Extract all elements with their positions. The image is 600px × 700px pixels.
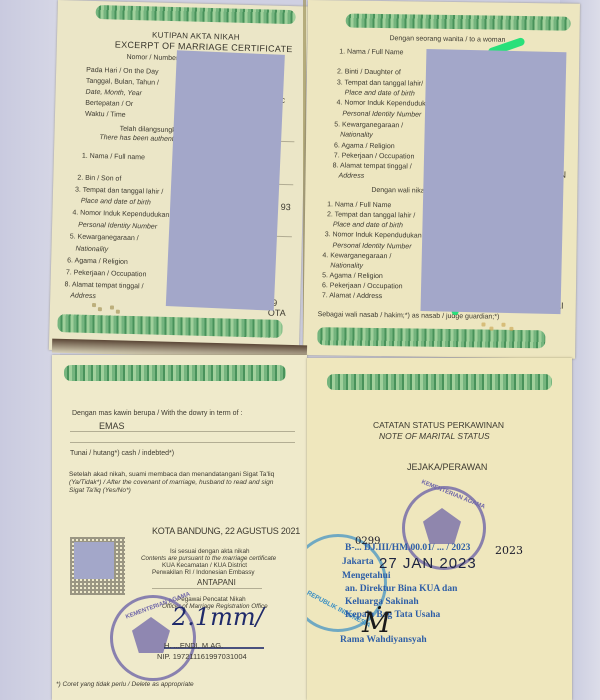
bride-intro: Dengan seorang wanita / to a woman (389, 35, 505, 44)
guilloche-border-top (64, 365, 286, 381)
signer-name: Rama Wahdiyansyah (340, 635, 427, 645)
bride-field-5: Personal Identity Number (342, 110, 421, 118)
perforation-dot (98, 307, 102, 311)
marital-status-value: JEJAKA/PERAWAN (407, 462, 487, 472)
guardian-field-6: Nationality (330, 262, 363, 269)
date-field-0: Pada Hari / On the Day (86, 67, 159, 76)
groom-field-9: 7. Pekerjaan / Occupation (66, 269, 147, 278)
perforation-dot (116, 310, 120, 314)
date-field-4: Waktu / Time (85, 111, 126, 119)
number-label: Nomor / Number (126, 54, 178, 62)
perforation-dot (481, 322, 485, 326)
legalization-line-1: an. Direktur Bina KUA dan (345, 584, 457, 594)
status-title-id: CATATAN STATUS PERKAWINAN (373, 420, 504, 430)
guardian-field-7: 5. Agama / Religion (322, 272, 383, 280)
dowry-value: EMAS (99, 421, 125, 431)
groom-field-10: 8. Alamat tempat tinggal / (64, 281, 143, 290)
status-title-en: NOTE OF MARITAL STATUS (379, 431, 490, 441)
groom-field-8: 6. Agama / Religion (67, 257, 128, 266)
bride-field-8: 6. Agama / Religion (334, 142, 395, 150)
reg-number-handwritten: 0299 (355, 536, 380, 547)
legalization-line-3: Kepala Bag Tata Usaha (345, 610, 440, 620)
guardian-type: Sebagai wali nasab / hakim;*) as nasab /… (318, 311, 500, 321)
groom-field-4: 4. Nomor Induk Kependudukan / (72, 209, 173, 219)
footnote: *) Coret yang tidak perlu / Delete as ap… (56, 681, 194, 688)
guilloche-border-bottom (57, 314, 282, 338)
payment-label: Tunai / hutang*) cash / indebted*) (70, 450, 174, 457)
perforation-dot (509, 327, 513, 331)
bride-field-2: 3. Tempat dan tanggal lahir/ (337, 79, 423, 87)
perforation-dot (501, 323, 505, 327)
district: ANTAPANI (197, 578, 236, 587)
groom-field-0: 1. Nama / Full name (82, 153, 145, 162)
guardian-field-3: 3. Nomor Induk Kependudukan / (325, 231, 426, 239)
bride-field-1: 2. Binti / Daughter of (337, 68, 401, 76)
date-field-2: Date, Month, Year (86, 89, 142, 97)
date-stamp: 27 JAN 2023 (379, 555, 477, 572)
dowry-label: Dengan mas kawin berupa / With the dowry… (72, 410, 242, 417)
conformity-3: KUA Kecamatan / KUA District (162, 562, 247, 569)
guardian-field-5: 4. Kewarganegaraan / (322, 252, 391, 260)
bride-field-10: 8. Alamat tempat tinggal / (333, 162, 412, 170)
redacted-groom-data (166, 50, 285, 310)
groom-field-5: Personal Identity Number (78, 222, 157, 231)
bride-field-11: Address (338, 172, 364, 179)
guilloche-border-top (96, 5, 296, 24)
bride-field-3: Place and date of birth (345, 90, 415, 98)
edge-fragment-2: 93 (281, 202, 291, 212)
fill-line (70, 442, 295, 443)
place-date: KOTA BANDUNG, 22 AGUSTUS 2021 (152, 526, 300, 536)
redacted-qr-center (74, 542, 114, 579)
fill-line (152, 588, 262, 589)
reg-year-handwritten: 2023 (495, 544, 523, 557)
redacted-bride-data (421, 49, 567, 314)
groom-field-3: Place and date of birth (81, 198, 151, 207)
guardian-field-0: 1. Nama / Full Name (327, 201, 391, 209)
bride-field-0: 1. Nama / Full Name (339, 48, 403, 56)
taklik-text-1: Setelah akad nikah, suami membaca dan me… (69, 471, 274, 478)
bride-field-4: 4. Nomor Induk Kependudukan/ (337, 99, 436, 107)
perforation-dot (92, 303, 96, 307)
bride-field-7: Nationality (340, 131, 373, 138)
page-marital-status: CATATAN STATUS PERKAWINAN NOTE OF MARITA… (307, 358, 572, 700)
groom-field-11: Address (70, 292, 96, 300)
page-groom-details: KUTIPAN AKTA NIKAH EXCERPT OF MARRIAGE C… (49, 0, 308, 356)
groom-field-7: Nationality (75, 246, 108, 254)
taklik-text-2: (Ya/Tidak*) / After the covenant of marr… (69, 479, 273, 486)
perforation-dot (110, 305, 114, 309)
guardian-intro: Dengan wali nikah (371, 187, 428, 195)
page-dowry-and-signature: Dengan mas kawin berupa / With the dowry… (52, 355, 307, 700)
guardian-field-8: 6. Pekerjaan / Occupation (322, 282, 403, 290)
fill-line (70, 431, 295, 432)
bride-field-9: 7. Pekerjaan / Occupation (334, 152, 415, 160)
guardian-field-4: Personal Identity Number (333, 242, 412, 250)
officer-nip: NIP. 197211161997031004 (157, 652, 247, 661)
guilloche-border-top (327, 374, 552, 390)
guilloche-border-top (346, 14, 571, 31)
groom-field-6: 5. Kewarganegaraan / (70, 233, 139, 242)
guardian-field-9: 7. Alamat / Address (322, 292, 382, 300)
date-field-1: Tanggal, Bulan, Tahun / (86, 78, 159, 87)
officer-signature: 2.1mm/ (172, 603, 264, 631)
page-bride-details: Dengan seorang wanita / to a woman 1. Na… (303, 0, 580, 359)
officer-name: H. ...ENDI, M.AG. (164, 641, 223, 650)
date-field-3: Bertepatan / Or (85, 100, 133, 108)
bride-field-6: 5. Kewarganegaraan / (334, 121, 403, 129)
conformity-4: Perwakilan RI / Indonesian Embassy (152, 569, 255, 576)
legalization-line-0: Mengetahui (342, 571, 391, 581)
taklik-text-3: Sigat Ta'liq (Yes/No*) (69, 487, 131, 494)
conformity-2: Contents are pursuant to the marriage ce… (141, 555, 276, 562)
conformity-1: Isi sesuai dengan akta nikah (170, 548, 249, 555)
groom-field-2: 3. Tempat dan tanggal lahir / (75, 187, 163, 196)
guardian-field-1: 2. Tempat dan tanggal lahir / (327, 211, 415, 219)
legalization-city: Jakarta (342, 557, 374, 567)
perforation-dot (489, 327, 493, 331)
groom-field-1: 2. Bin / Son of (77, 175, 121, 183)
guardian-field-2: Place and date of birth (333, 221, 403, 229)
